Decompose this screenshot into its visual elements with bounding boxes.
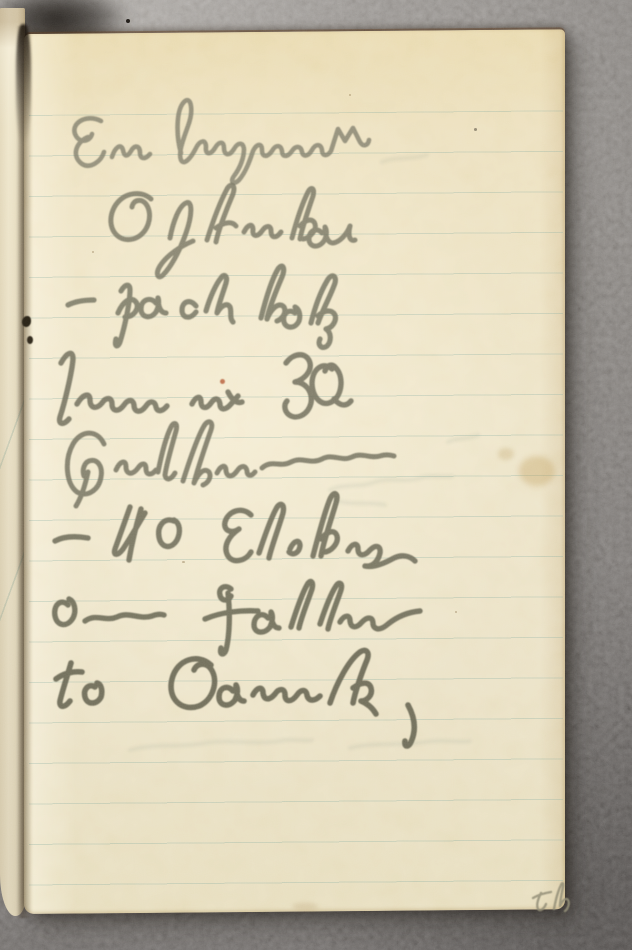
paper-freckle [182, 561, 185, 563]
paper-texture [24, 29, 565, 914]
gutter-crease-dark-top [16, 24, 31, 144]
paper-smudge [292, 903, 318, 910]
paper-freckle [92, 251, 94, 253]
gutter-crease-shadow [16, 26, 32, 918]
paper-speck [474, 128, 477, 131]
paper-freckle [455, 611, 457, 613]
photo-scene [0, 0, 632, 950]
paper-stain [498, 448, 514, 460]
paper-freckle [349, 94, 351, 96]
paper-stain [519, 456, 555, 486]
red-speck [220, 379, 225, 384]
notebook-page [24, 29, 565, 914]
felt-speck [126, 19, 130, 23]
ink-spot [27, 336, 33, 344]
